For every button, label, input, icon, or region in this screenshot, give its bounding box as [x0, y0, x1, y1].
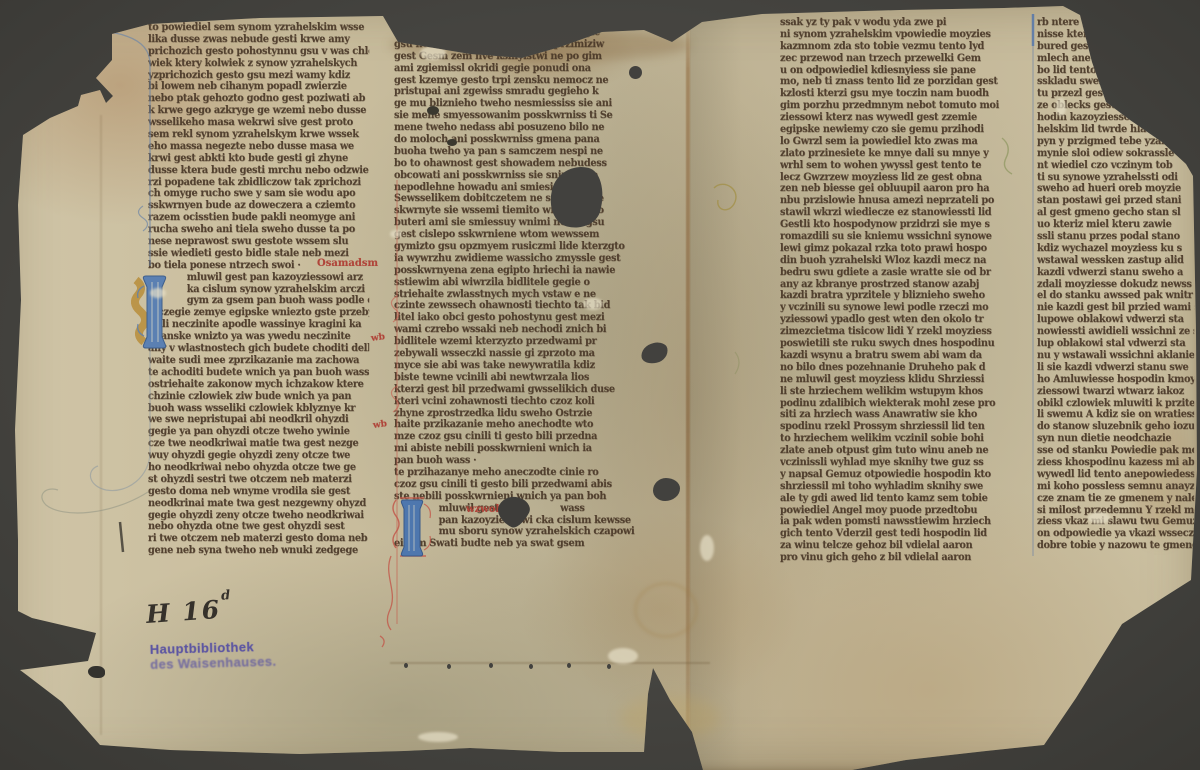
shelfmark-annotation: H 16d [145, 594, 233, 629]
text-line: nebo ohyzda otne twe gest ohyzdi sest [148, 521, 369, 533]
stitch-hole [567, 663, 571, 668]
parchment-hole [629, 66, 642, 79]
text-line: mo, neb ti znass tento lid ze porzidan g… [780, 76, 1028, 88]
text-line: on odpowiedie ya vkazi wsseczko [1037, 528, 1194, 540]
text-line: bedru swu gdiete a zasie wratte sie od b… [780, 267, 1028, 279]
rubric-text: Osamadsm [317, 258, 378, 269]
margin-stroke [120, 522, 123, 552]
text-line: li swemu A kdiz sie on wratiesse [1037, 409, 1194, 421]
manuscript-leaf: to powiediel sem synom yzrahelskim wssel… [0, 0, 1200, 770]
text-line: ri twe otczem neb materzi gesto doma neb [148, 533, 369, 545]
text-line: litel iako obci gesto pohostynu gest mez… [394, 312, 637, 324]
text-line: dusse ktera bude gesti mrchu nebo odzwie [148, 165, 369, 177]
text-line: lup oblakowi stal vdwerzi sta [1037, 338, 1194, 350]
text-line: romazdili su sie kniemu wssichni synowe [780, 231, 1028, 243]
text-line: biczegie zemye egipske wniezto gste prze… [148, 307, 369, 319]
text-line: ssli stanu przes podal stano [1037, 231, 1194, 243]
text-line: bo lid tento twrde ssigie ge [1037, 65, 1194, 77]
text-line: wstawal wessken zastup alid [1037, 255, 1194, 267]
shelfmark-text: H 16 [145, 595, 222, 629]
text-line: haite przikazanie meho anechodte wto [394, 419, 637, 431]
text-line: powiediel Angel moy puode przedtobu [780, 505, 1028, 517]
text-line: kteri vcini zohawnosti tiechto czoz koli [394, 396, 637, 408]
text-line: ti su synowe yzrahelssti odi [1037, 172, 1194, 184]
text-line: zlate aneb otpust gim tuto winu aneb ne [780, 445, 1028, 457]
text-line: prichozich gesto pohostynnu gsu v was ch… [148, 46, 369, 58]
stitch-hole [489, 663, 493, 668]
text-line: lo Gwrzl sem ia powiediel kto zwas ma [780, 136, 1028, 148]
text-line: to powiediel sem synom yzrahelskim wsse [148, 22, 369, 34]
text-line: czoz gsu cinili ti gesto bili przedwami … [394, 479, 637, 491]
text-line: ner ty ento osmy neb yzy neb nelo gegie [394, 27, 637, 39]
text-line: lika dusse zwas nebude gesti krwe amy [148, 34, 369, 46]
text-line: eho massa negezte nebo dusse masa we [148, 141, 369, 153]
text-line: ziess khospodinu kazess mi abich [1037, 457, 1194, 469]
light-patch [390, 230, 402, 238]
red-filigree-tail [380, 556, 392, 647]
text-line: gesto doma neb wnyme vrodila sie gest [148, 486, 369, 498]
text-line: nu y wstawali wssichni aklanie [1037, 350, 1194, 362]
bottom-crease [390, 662, 710, 664]
text-line: pristupai ani zgewiss smradu gegieho k [394, 86, 637, 98]
text-line: lewi gimz pokazal rzka toto prawi hospo [780, 243, 1028, 255]
text-line: we swe nepristupai abi neodkril ohyzdi [148, 414, 369, 426]
text-line: nt wiediel czo vczinym tob [1037, 160, 1194, 172]
text-line: syn nun dietie neodchazie [1037, 433, 1194, 445]
text-line: wrhl sem to wohen ywyssl gest tento te [780, 160, 1028, 172]
text-line: ssak yz ty pak v wodu yda zwe pi [780, 17, 1028, 29]
ink-blot [447, 139, 457, 146]
text-line: nisse kteryz nas wywedl [1037, 29, 1194, 41]
text-line: mze czoz gsu cinili ti gesto bili przedn… [394, 431, 637, 443]
text-line: st ohyzdi sestri twe otczem neb materzi [148, 474, 369, 486]
fold-shadow [690, 0, 742, 770]
text-line: shrziessil mi toho wyhladim sknihy swe [780, 481, 1028, 493]
text-line: ostriehaite zakonow mych ichzakow ktere [148, 379, 369, 391]
text-line: nbu przislowie hnusa amezi neprzateli po [780, 195, 1028, 207]
illuminated-initial-I-col1 [124, 272, 178, 352]
text-line: li ste hrziechem welikim wstupym khos [780, 386, 1028, 398]
text-column-1: to powiediel sem synom yzrahelskim wssel… [148, 22, 369, 562]
text-line: uo kteriz miel kteru zawie [1037, 219, 1194, 231]
text-line: chzinie czlowiek ziw bude wnich ya pan [148, 391, 369, 403]
light-patch [583, 298, 603, 310]
text-line: gim porzhu przedmnym nebot tomuto moi [780, 100, 1028, 112]
text-line: razem ocisstien bude pakli neomyge ani [148, 212, 369, 224]
text-line: stan postawi gei przed stani [1037, 195, 1194, 207]
text-line: ale ty gdi awed lid tento kamz sem tobie [780, 493, 1028, 505]
text-line: posskwrnyena zena egipto hriechi ia nawi… [394, 265, 637, 277]
text-line: striehaite zwlasstnych mych vstaw e ne [394, 289, 637, 301]
text-line: ziessowi kterz nas wywedl gest zzemie [780, 112, 1028, 124]
text-line: gym za gsem pan buoh wass podle o [148, 295, 369, 307]
text-line: gene neb syna tweho neb wnuki zedgege [148, 545, 369, 557]
text-line: el do stanku awssed pak wnitr [1037, 290, 1194, 302]
text-line: kazmnom zda sto tobie vezmu tento lyd [780, 41, 1028, 53]
text-line: sem rekl synom yzrahelskym krwe wssek [148, 129, 369, 141]
text-line: kterzi gest bil przedwami gwsselikich du… [394, 384, 637, 396]
text-line: ho Amluwiesse hospodin kmoy [1037, 374, 1194, 386]
text-line: u on odpowiediel kdiesnyiess sie pane [780, 65, 1028, 77]
text-line: mluwil gest pan kazoyziessowi arz [148, 272, 369, 284]
text-line: gich tento Vderzil gest tedi hospodin li… [780, 528, 1028, 540]
text-line: dobre tobie y nazowu te gmenem [1037, 540, 1194, 552]
text-line: siti za hrziech wass Anawratiw sie kho [780, 409, 1028, 421]
text-line: gest kzemye gesto trpi zensku nemocz ne [394, 75, 637, 87]
text-line: pro vinu gich geho z bil vdielal aaron [780, 552, 1028, 564]
light-patch [150, 288, 166, 298]
text-line: bi lowem neb cihanym popadl zwierzie [148, 81, 369, 93]
text-line: podinu zdalibich wiekterak mohl zese pro [780, 398, 1028, 410]
text-line: sstiewim abi wiwrzila bidlitele gegie o [394, 277, 637, 289]
text-line: ami zgiemissl okridi gegie ponudi ona [394, 63, 637, 75]
text-line: poswietili ste ruku swych dnes hospodinu [780, 338, 1028, 350]
parchment-hole [639, 340, 670, 365]
text-column-3: ssak yz ty pak v wodu yda zwe pini synom… [780, 17, 1028, 569]
text-line: stawil wkrzi wiediecze ez stanowiessti l… [780, 207, 1028, 219]
stitch-hole [607, 664, 611, 669]
ink-blot [88, 666, 105, 678]
stitch-hole [404, 663, 408, 668]
text-line: zlato przinesiete ke mnye dali su mnye y [780, 148, 1028, 160]
text-line: wsselikeho masa wekrwi sive gest proto [148, 117, 369, 129]
text-line: ho neodkriwai nebo ohyzda otcze twe ge [148, 462, 369, 474]
text-line: rb ntere gesto bili okolo [1037, 17, 1194, 29]
rubric-text: wb [372, 419, 387, 431]
text-line: ia wywrzhu zwidieme wassicho zmyssle ges… [394, 253, 637, 265]
text-line: te achoditi budete wnich ya pan buoh was… [148, 367, 369, 379]
text-line: ka cislum synow yzrahelskim arczi [148, 284, 369, 296]
text-line: ziessowi twarzi wtwarz iakoz [1037, 386, 1194, 398]
text-line: te przihazanye meho aneczodte cinie ro [394, 467, 637, 479]
light-patch [420, 46, 446, 60]
stitch-hole [529, 664, 533, 669]
text-line: y vczinili su synowe lewi podle rzeczi m… [780, 302, 1028, 314]
text-line: nese neprawost swu gestote wssem slu [148, 236, 369, 248]
text-line: gymizto gsu opzmyem rusiczmi lide kterzg… [394, 241, 637, 253]
text-line: naanske wnizto ya was ywedu neczinite [148, 331, 369, 343]
text-line: pyn y przigmed tebe yzahla [1037, 136, 1194, 148]
text-line: myce sie abi was take newywratila kdiz [394, 360, 637, 372]
text-line: to hrziechem welikim vczinil sobie bohi [780, 433, 1028, 445]
text-line: biste tewne vcinili abi newtwrzala lios [394, 372, 637, 384]
light-patch [418, 732, 458, 742]
text-line: gest cislepo sskwrniene wtom wewssem [394, 229, 637, 241]
text-line: zimezcietma tisicow lidi Y rzekl moyzies… [780, 326, 1028, 338]
text-line: gegie ya pan ohyzdi otcze tweho ywinie [148, 426, 369, 438]
ring-stain [634, 582, 698, 638]
text-line: k krwe gego azkryge ge wzemi nebo dusse [148, 105, 369, 117]
text-line: neodkrinai mate twa gest nezgewny ohyzd [148, 498, 369, 510]
library-stamp: Hauptbibliothek des Waisenhauses. [150, 638, 301, 672]
rubric-text: wb [370, 332, 385, 344]
text-line: zhyne zprostrzedka lidu sweho Ostrzie [394, 408, 637, 420]
parchment-hole [653, 478, 680, 501]
text-line: mlech anewiemy czo sie gem [1037, 53, 1194, 65]
stitch-hole [447, 664, 451, 669]
text-line: any az kbranye prostrzed stanow azabj [780, 279, 1028, 291]
text-line: any v wlastnostech gich budete choditi d… [148, 343, 369, 355]
text-line: helskim lid twrde hlawi gest [1037, 124, 1194, 136]
text-line: wuy ohyzdi gegie ohyzdi zeny otcze twe [148, 450, 369, 462]
text-line: kdiz wychazel moyziess ku s [1037, 243, 1194, 255]
text-line: zen neb biesse gei obluupil aaron pro ha [780, 183, 1028, 195]
text-line: rucha sweho ani tiela sweho dusse ta po [148, 224, 369, 236]
ink-blot [427, 106, 439, 115]
photo-backdrop: to powiediel sem synom yzrahelskim wssel… [0, 0, 1200, 770]
text-line: kazdi wsynu a bratru swem abi wam da [780, 350, 1028, 362]
left-crease [100, 115, 102, 735]
text-line: ne mluwil gest moyziess klidu Shrziessi [780, 374, 1028, 386]
text-line: do stanow sluzebnik geho iozue [1037, 421, 1194, 433]
text-line: cze twe neodkriwai matie twa gest nezge [148, 438, 369, 450]
blue-penwork-knot [139, 206, 148, 231]
stamp-line-2: des Waisenhauses. [150, 653, 300, 672]
text-line: wami czrebo wssaki neb nechodi znich bi [394, 324, 637, 336]
text-line: si milost przedemnu Y rzekl moy [1037, 505, 1194, 517]
text-line: gegie ohyzdi zeny otcze tweho neodkriwai [148, 510, 369, 522]
text-line: yziessowi ypadlo gest wten den okolo tr [780, 314, 1028, 326]
text-line: al gest gmeno gecho stan sl [1037, 207, 1194, 219]
light-patch [700, 535, 714, 561]
light-patch [1088, 512, 1110, 524]
text-line: sse od stanku Powiedie pak moy [1037, 445, 1194, 457]
text-line: rzi popadene tak zbidliczow tak zprichoz… [148, 177, 369, 189]
shelfmark-superscript: d [221, 588, 233, 604]
text-line: zdali moyziesse dokudz newss [1037, 279, 1194, 291]
text-line: ni synom yzrahelskim vpowiedie moyzies [780, 29, 1028, 41]
text-line: vczinissli wyhlad mye sknihy twe guz ss [780, 457, 1028, 469]
text-line: obikl czlowiek mluwiti k przite [1037, 398, 1194, 410]
text-line: din buoh yzrahelski Wloz kazdi mecz na [780, 255, 1028, 267]
text-line: egipske newiemy czo sie gemu przihodi [780, 124, 1028, 136]
text-line: waite sudi mee zprzikazanie ma zachowa [148, 355, 369, 367]
gray-flourish [42, 489, 148, 513]
text-line: kzlosti kterzi gsu mye toczin nam buodh [780, 88, 1028, 100]
text-line: yzprichozich gesto gsu mezi wamy kdiz [148, 70, 369, 82]
text-line: sskladu sweho zlato a przine [1037, 76, 1194, 88]
text-line: zec przewod nan trzech przewelki Gem [780, 53, 1028, 65]
text-line: kazdi bratra yprzitele y bliznieho sweho [780, 290, 1028, 302]
text-line: do moloch ani posskwrniss gmena pana [394, 134, 637, 146]
text-line: sskwrnyen bude az doweczera a cziemto [148, 200, 369, 212]
text-line: nowiessti awidieli wssichni ze s [1037, 326, 1194, 338]
text-line: mene tweho nedass abi posuzeno bilo ne [394, 122, 637, 134]
text-line: kazdi vdwerzi stanu sweho a [1037, 267, 1194, 279]
text-line: wywedl lid tento anepowiedess [1037, 469, 1194, 481]
text-line: nebo ptak gehozto godno gest poziwati ab [148, 93, 369, 105]
text-line: mi abiste nebili posskwrnieni wnich ia [394, 443, 637, 455]
text-line: bo to ohawnost gest showadem nebudess [394, 158, 637, 170]
text-line: spodinu rzekl Prossym shrziessil lid ten [780, 421, 1028, 433]
text-line: bidlitele wzemi kterzyzto przedwami pr [394, 336, 637, 348]
text-line: cze znam tie ze gmenem y nalezl [1037, 493, 1194, 505]
text-line: buteri ami sie smiessuy wnimi nebot gsu [394, 217, 637, 229]
illuminated-initial-I-col2 [392, 496, 436, 560]
text-line: lupowe oblakowi vdwerzi sta [1037, 314, 1194, 326]
text-line: mi koho possless semnu anayzwie [1037, 481, 1194, 493]
text-line: pan buoh wass · [394, 455, 637, 467]
text-line: bured gest zzemie egipske [1037, 41, 1194, 53]
text-line: lecz Gwzrzew moyziess lid ze gest obna [780, 172, 1028, 184]
text-line: mynie sloi odiew sokrassle [1037, 148, 1194, 160]
fold-crease [686, 10, 690, 770]
text-line: ia pak wden pomsti nawsstiewim hrziech [780, 516, 1028, 528]
text-line: buoh wass wsseliki czlowiek kblyznye kr [148, 403, 369, 415]
light-patch [608, 648, 638, 664]
text-line: no bilo dnes pozehnanie Druheho pak d [780, 362, 1028, 374]
text-line: buoha tweho ya pan s samczem nespi ne [394, 146, 637, 158]
text-line: sweho ad hueri oreb moyzie [1037, 183, 1194, 195]
text-line: wali neczinite apodle wassinye kragini k… [148, 319, 369, 331]
text-line: y napsal Gemuz otpowiedie hospodin kto [780, 469, 1028, 481]
text-line: li sie kazdi vdwerzi stanu swe [1037, 362, 1194, 374]
text-line: nie kazdi gest bil przied wami s [1037, 302, 1194, 314]
text-line: ch omyge rucho swe y sam sie wodu apo [148, 188, 369, 200]
text-line: zebywali wsseczki nassie gi zprzoto ma [394, 348, 637, 360]
blue-penwork-flourish [85, 33, 150, 266]
text-line: Gestli kto hospodynow przidrzi sie mye s [780, 219, 1028, 231]
text-line: ziess vkaz mi slawu twu Gemuz [1037, 516, 1194, 528]
text-line: krwi gest abkti kto bude gesti gi zhyne [148, 153, 369, 165]
light-patch [1056, 98, 1066, 116]
text-line: za winu telcze gehoz bil vdielal aaron [780, 540, 1028, 552]
text-line: wiek ktery kolwiek z synow yzrahelskych [148, 58, 369, 70]
